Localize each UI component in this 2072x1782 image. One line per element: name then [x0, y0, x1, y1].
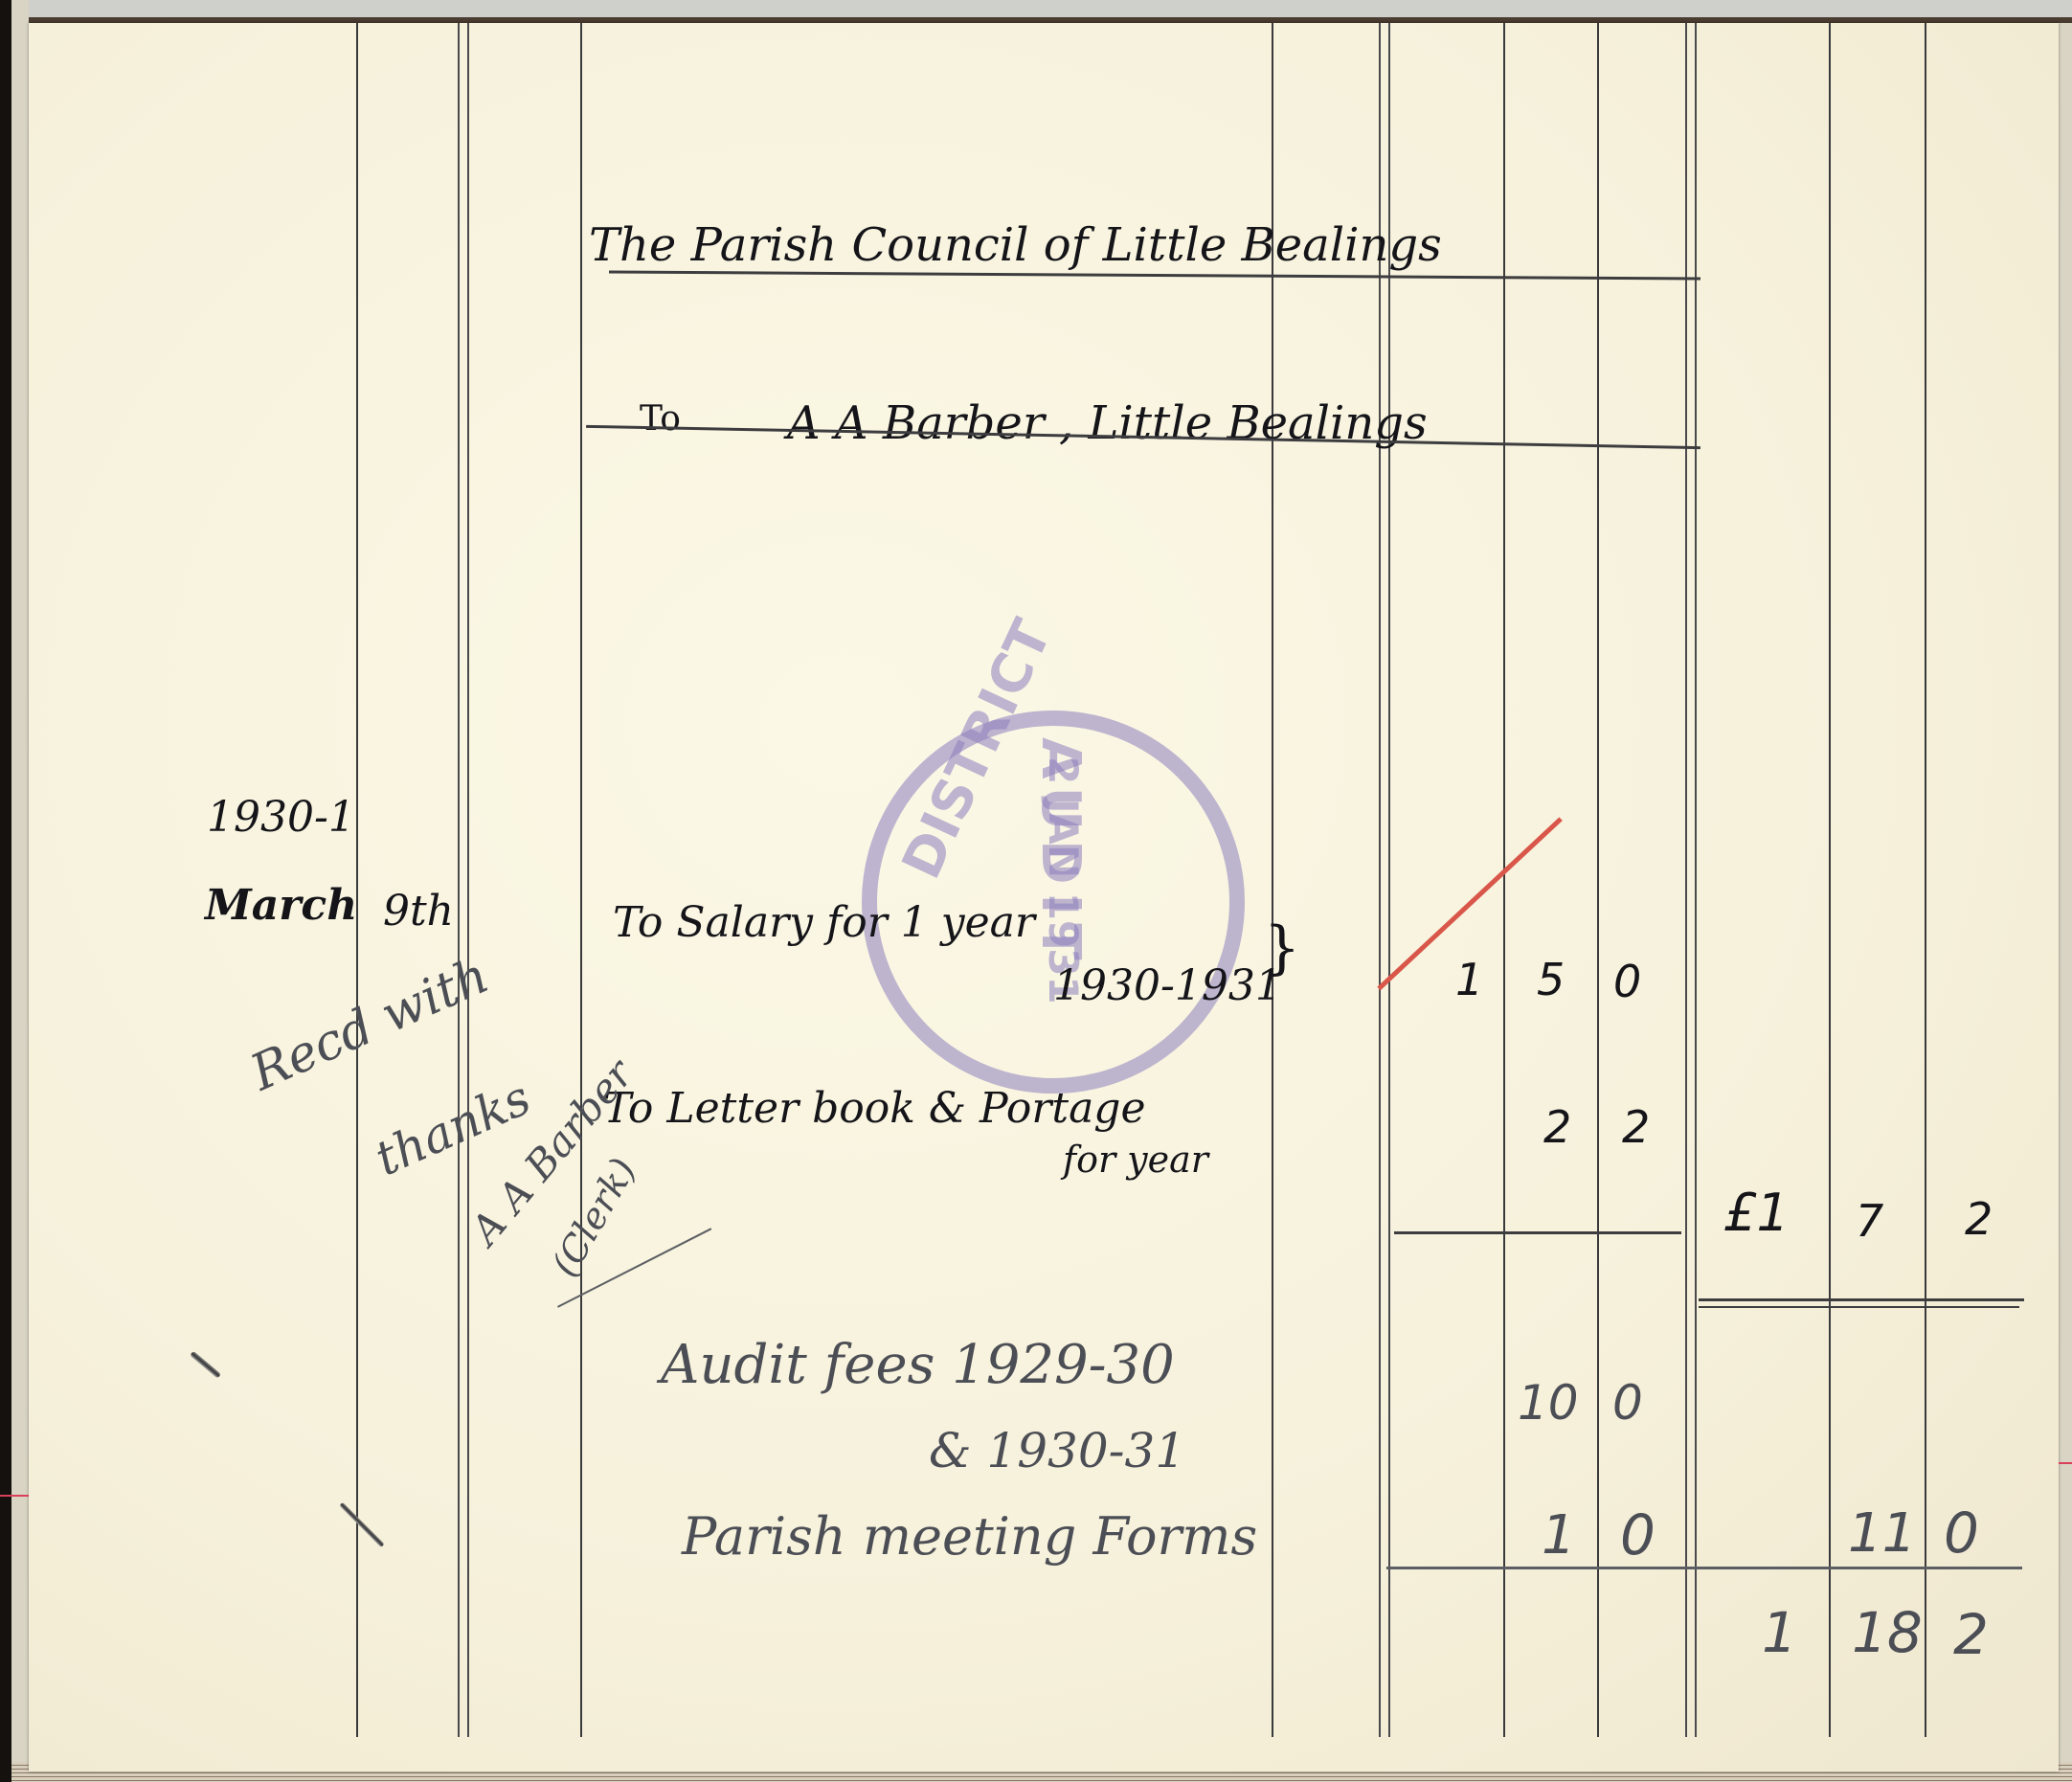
entry-1-description: To Salary for 1 year [613, 902, 1035, 944]
book-spine-shadow [0, 0, 11, 1782]
subtotal-1-shillings: 7 [1856, 1199, 1883, 1243]
entry-1-brace: } [1264, 919, 1300, 977]
column-rule-folio [1272, 23, 1273, 1737]
entry-1-shillings: 5 [1537, 958, 1565, 1002]
header-title: The Parish Council of Little Bealings [589, 222, 1442, 268]
entry-1-pence: 0 [1613, 959, 1641, 1004]
entry-3-shillings: 10 [1518, 1379, 1579, 1427]
subtotal-2-shillings: 11 [1848, 1507, 1916, 1561]
column-rule-description [580, 23, 582, 1737]
entry-2-period: for year [1063, 1141, 1208, 1178]
entry-4-shillings: 1 [1542, 1509, 1576, 1563]
date-day: 9th [383, 891, 454, 933]
total-rule [1386, 1567, 2022, 1569]
column-rule-total-a [1685, 23, 1687, 1737]
column-rule-day-b [467, 23, 469, 1737]
column-rule-total-pence [1925, 23, 1926, 1737]
margin-mark [0, 1495, 29, 1497]
column-rule-total-b [1695, 23, 1697, 1737]
subtotal-double-rule-1 [1699, 1298, 2024, 1301]
payee-prefix: To [640, 402, 681, 437]
column-rule-date [356, 23, 358, 1737]
subtotal-rule [1394, 1231, 1681, 1234]
column-rule-shillings [1503, 23, 1505, 1737]
total-pounds: 1 [1762, 1605, 1797, 1660]
date-year: 1930-1 [207, 797, 355, 839]
entry-3-period: & 1930-31 [929, 1427, 1185, 1475]
column-rule-pounds-a [1379, 23, 1381, 1737]
entry-2-pence: 2 [1622, 1105, 1650, 1149]
entry-2-description: To Letter book & Portage [603, 1088, 1146, 1130]
subtotal-double-rule-2 [1699, 1306, 2019, 1308]
entry-1-pounds: 1 [1455, 958, 1483, 1002]
subtotal-2-pence: 0 [1944, 1505, 1979, 1561]
entry-4-pence: 0 [1620, 1507, 1655, 1563]
entry-3-pence: 0 [1612, 1379, 1643, 1427]
total-shillings: 18 [1852, 1605, 1923, 1660]
entry-3-description: Audit fees 1929-30 [661, 1339, 1175, 1392]
margin-mark-right [2059, 1462, 2072, 1464]
column-rule-pence [1597, 23, 1599, 1737]
column-rule-pounds-b [1388, 23, 1390, 1737]
total-pence: 2 [1953, 1607, 1989, 1662]
entry-4-description: Parish meeting Forms [682, 1511, 1257, 1563]
date-month: March [205, 885, 357, 927]
column-rule-total-shillings [1829, 23, 1831, 1737]
entry-2-shillings: 2 [1543, 1105, 1571, 1149]
subtotal-1-pence: 2 [1965, 1197, 1993, 1241]
subtotal-1-pounds: £1 [1723, 1187, 1790, 1239]
entry-1-period: 1930-1931 [1053, 965, 1282, 1007]
column-rule-day-a [458, 23, 460, 1737]
